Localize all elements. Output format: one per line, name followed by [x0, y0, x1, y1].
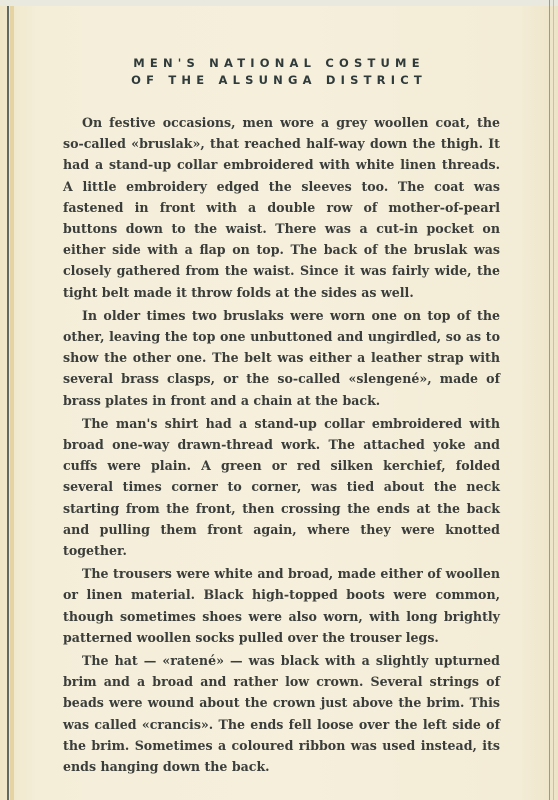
paragraph: On festive occasions, men wore a grey wo…: [63, 112, 500, 303]
book-page: MEN'S NATIONAL COSTUME OF THE ALSUNGA DI…: [0, 0, 558, 800]
title-line: OF THE ALSUNGA DISTRICT: [0, 72, 558, 89]
body-text: On festive occasions, men wore a grey wo…: [63, 112, 500, 777]
page-title: MEN'S NATIONAL COSTUME OF THE ALSUNGA DI…: [0, 55, 558, 89]
page-top-edge: [0, 0, 558, 6]
paragraph: In older times two bruslaks were worn on…: [63, 305, 500, 411]
binding-fold: [10, 6, 14, 800]
page-edge-line: [549, 0, 550, 800]
title-line: MEN'S NATIONAL COSTUME: [0, 55, 558, 72]
binding-line: [7, 6, 9, 800]
page-edge-line: [553, 0, 554, 800]
paragraph: The man's shirt had a stand-up collar em…: [63, 413, 500, 561]
paragraph: The hat — «ratené» — was black with a sl…: [63, 650, 500, 777]
paragraph: The trousers were white and broad, made …: [63, 563, 500, 648]
